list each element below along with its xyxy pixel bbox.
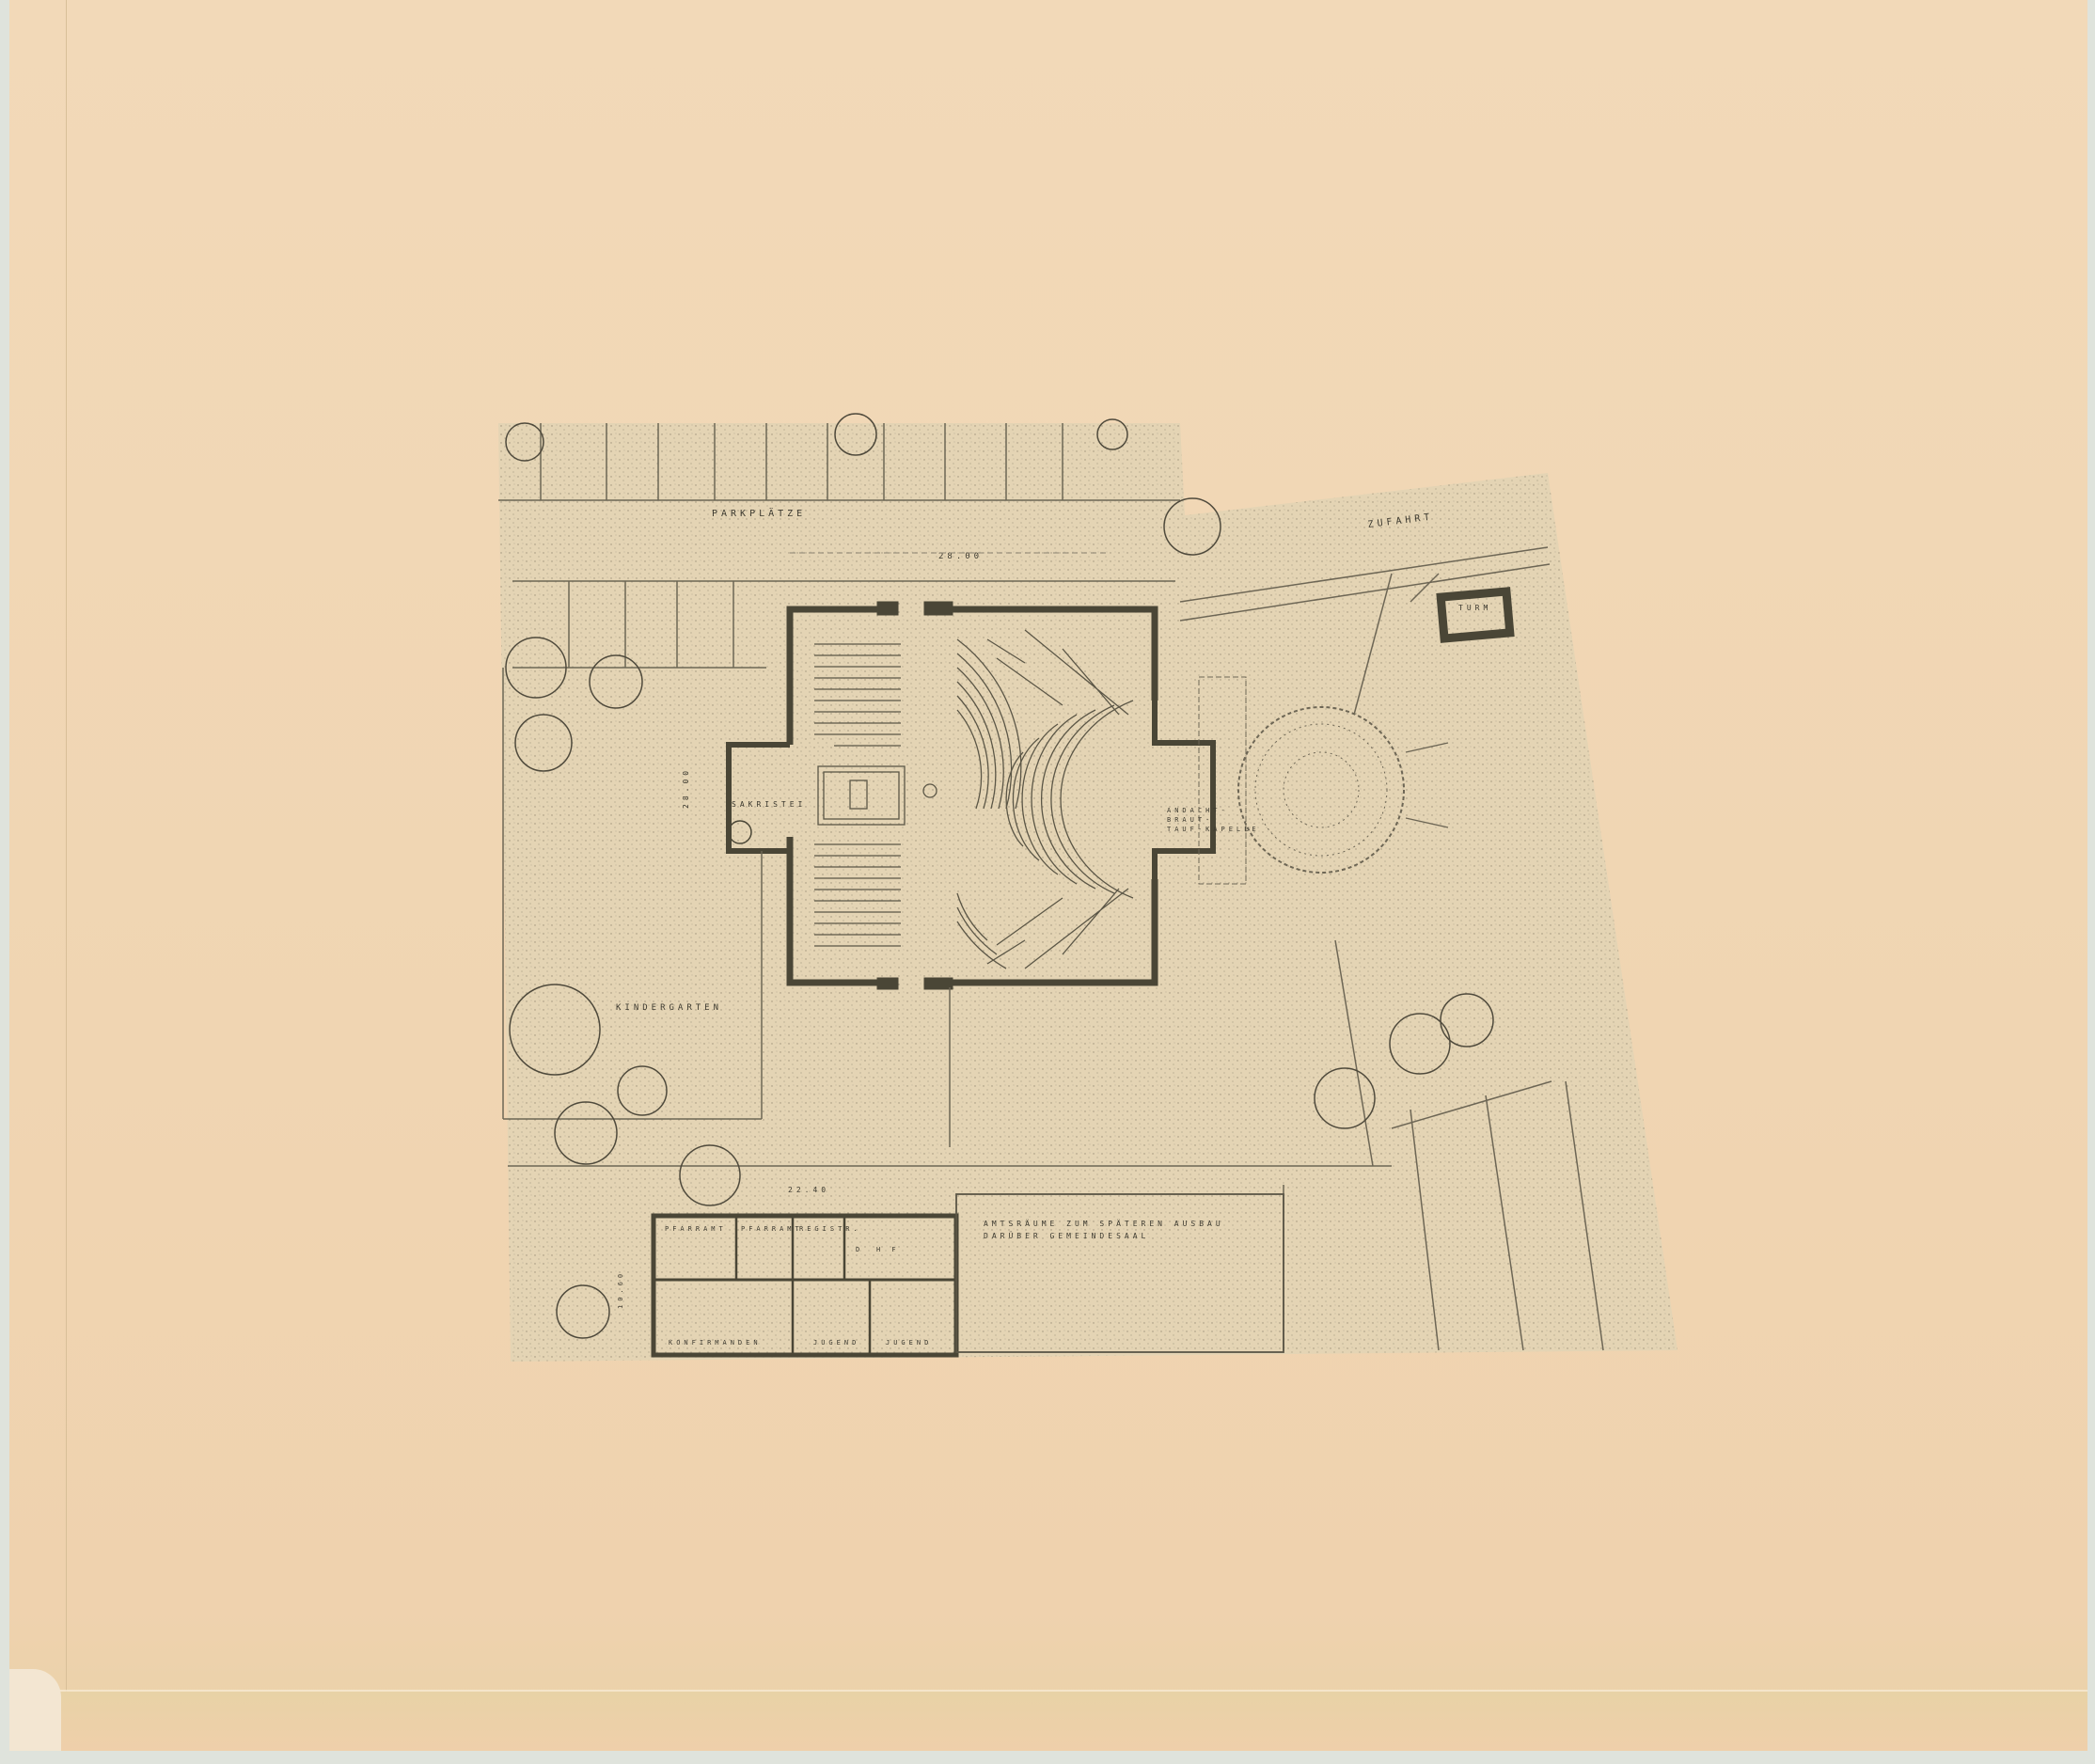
label-wc-hf: H F <box>876 1246 900 1253</box>
label-confirmands: KONFIRMANDEN <box>669 1339 762 1347</box>
label-tower: TURM <box>1458 604 1491 612</box>
label-parking: PARKPLÄTZE <box>712 507 806 519</box>
label-chapel-1: ANDACHT- <box>1167 807 1229 814</box>
label-parish-office-1: PFARRAMT <box>665 1225 727 1233</box>
label-youth-2: JUGEND <box>886 1339 932 1347</box>
label-wc-d: D <box>856 1246 863 1253</box>
dim-church-depth: 28.00 <box>682 767 690 809</box>
site-plan: PARKPLÄTZE 28.00 ZUFAHRT TURM SAKRISTEI … <box>0 0 2095 1764</box>
label-parish-office-2: PFARRAMT <box>741 1225 803 1233</box>
label-future-offices-2: DARÜBER GEMEINDESAAL <box>984 1231 1149 1240</box>
label-chapel-2: BRAUT- <box>1167 816 1213 824</box>
label-sacristy: SAKRISTEI <box>732 800 806 809</box>
label-youth-1: JUGEND <box>813 1339 859 1347</box>
label-future-offices-1: AMTSRÄUME ZUM SPÄTEREN AUSBAU <box>984 1219 1224 1228</box>
dim-parish-length: 22.40 <box>788 1186 829 1194</box>
label-registry: REGISTR. <box>799 1225 861 1233</box>
dim-parish-depth: 10.60 <box>617 1270 624 1309</box>
label-kindergarten: KINDERGARTEN <box>616 1003 722 1013</box>
